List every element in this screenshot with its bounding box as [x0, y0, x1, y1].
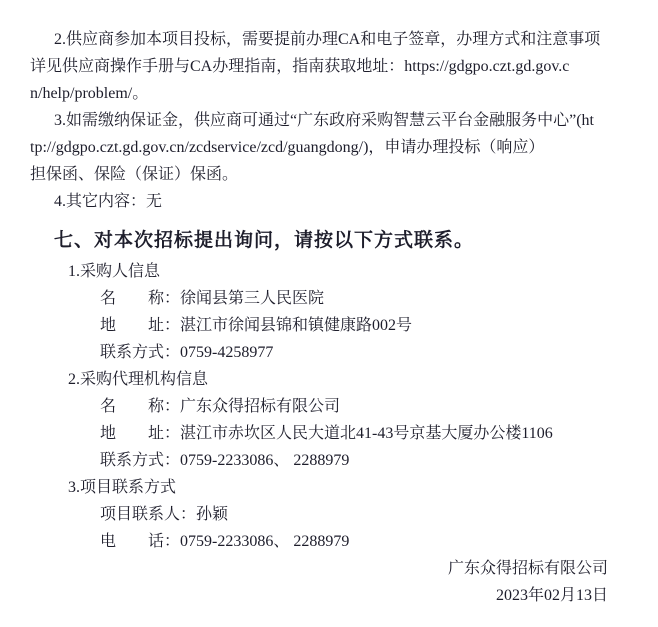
field-label: 地 址： [100, 317, 180, 334]
agency-section: 2.采购代理机构信息 名 称：广东众得招标有限公司 地 址：湛江市赤坎区人民大道… [30, 366, 628, 474]
agency-contact-row: 联系方式：0759-2233086、 2288979 [30, 447, 628, 474]
field-label: 联系方式： [100, 452, 180, 469]
project-phone-row: 电 话：0759-2233086、 2288979 [30, 528, 628, 555]
agency-name-row: 名 称：广东众得招标有限公司 [30, 393, 628, 420]
tender-item-3-line-3: 担保函、保险（保证）保函。 [30, 161, 628, 188]
signature-date: 2023年02月13日 [30, 582, 608, 609]
field-label: 名 称： [100, 290, 180, 307]
field-value: 0759-2233086、 2288979 [180, 452, 349, 469]
purchaser-name-row: 名 称：徐闻县第三人民医院 [30, 285, 628, 312]
tender-item-4: 4.其它内容：无 [30, 188, 628, 215]
field-label: 地 址： [100, 425, 180, 442]
purchaser-title: 1.采购人信息 [30, 258, 628, 285]
project-contact-person-row: 项目联系人：孙颖 [30, 501, 628, 528]
agency-title: 2.采购代理机构信息 [30, 366, 628, 393]
project-section: 3.项目联系方式 项目联系人：孙颖 电 话：0759-2233086、 2288… [30, 474, 628, 555]
signature-block: 广东众得招标有限公司 2023年02月13日 [30, 555, 628, 609]
field-label: 联系方式： [100, 344, 180, 361]
tender-item-3: 3.如需缴纳保证金，供应商可通过“广东政府采购智慧云平台金融服务中心”(ht t… [30, 107, 628, 188]
purchaser-section: 1.采购人信息 名 称：徐闻县第三人民医院 地 址：湛江市徐闻县锦和镇健康路00… [30, 258, 628, 366]
tender-item-2-line-2: 详见供应商操作手册与CA办理指南，指南获取地址：https://gdgpo.cz… [30, 53, 628, 80]
document-page: 2.供应商参加本项目投标，需要提前办理CA和电子签章，办理方式和注意事项 详见供… [0, 0, 658, 627]
tender-item-2: 2.供应商参加本项目投标，需要提前办理CA和电子签章，办理方式和注意事项 详见供… [30, 26, 628, 107]
field-value: 广东众得招标有限公司 [180, 398, 340, 415]
document-content: 2.供应商参加本项目投标，需要提前办理CA和电子签章，办理方式和注意事项 详见供… [0, 0, 658, 609]
agency-address-row: 地 址：湛江市赤坎区人民大道北41-43号京基大厦办公楼1106 [30, 420, 628, 447]
field-value: 孙颖 [196, 506, 228, 523]
field-label: 项目联系人： [100, 506, 196, 523]
tender-item-2-line-1: 2.供应商参加本项目投标，需要提前办理CA和电子签章，办理方式和注意事项 [30, 26, 628, 53]
field-value: 0759-4258977 [180, 344, 273, 361]
purchaser-address-row: 地 址：湛江市徐闻县锦和镇健康路002号 [30, 312, 628, 339]
field-value: 徐闻县第三人民医院 [180, 290, 324, 307]
tender-item-3-line-2: tp://gdgpo.czt.gd.gov.cn/zcdservice/zcd/… [30, 134, 628, 161]
signature-company: 广东众得招标有限公司 [30, 555, 608, 582]
tender-item-2-line-3: n/help/problem/。 [30, 80, 628, 107]
field-label: 名 称： [100, 398, 180, 415]
field-label: 电 话： [100, 533, 180, 550]
purchaser-contact-row: 联系方式：0759-4258977 [30, 339, 628, 366]
section-heading: 七、对本次招标提出询问，请按以下方式联系。 [30, 228, 628, 254]
project-title: 3.项目联系方式 [30, 474, 628, 501]
tender-item-3-line-1: 3.如需缴纳保证金，供应商可通过“广东政府采购智慧云平台金融服务中心”(ht [30, 107, 628, 134]
field-value: 湛江市徐闻县锦和镇健康路002号 [180, 317, 412, 334]
field-value: 湛江市赤坎区人民大道北41-43号京基大厦办公楼1106 [180, 425, 553, 442]
field-value: 0759-2233086、 2288979 [180, 533, 349, 550]
